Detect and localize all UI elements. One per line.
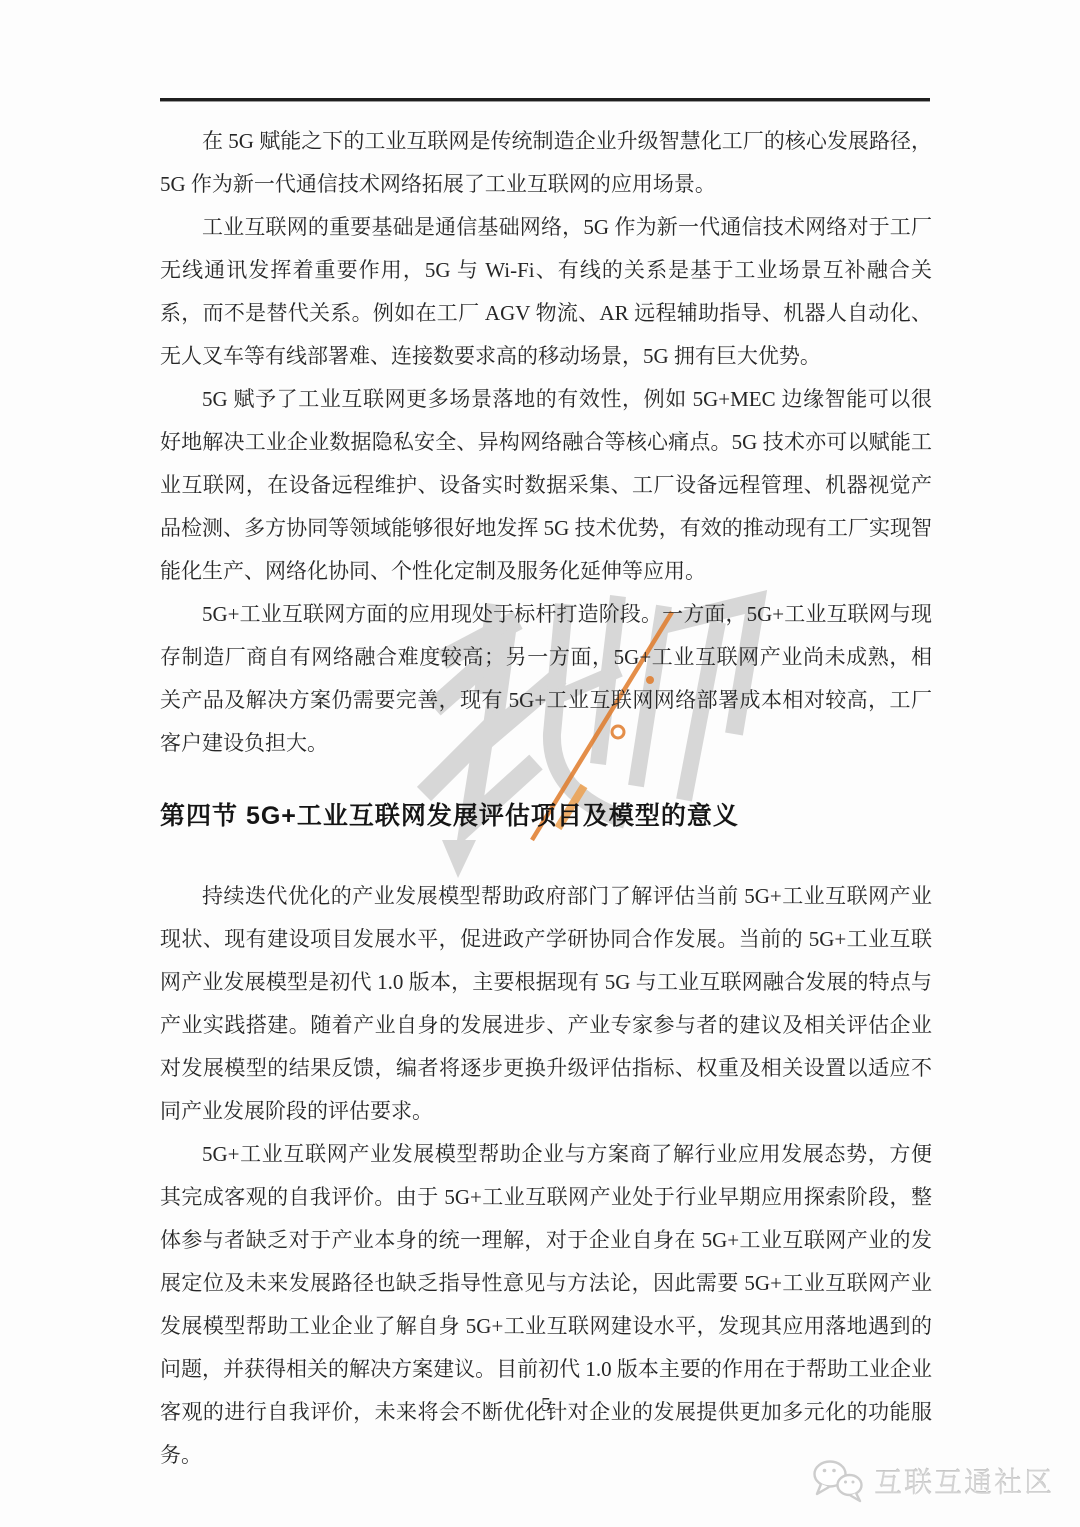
- paragraph-1: 在 5G 赋能之下的工业互联网是传统制造企业升级智慧化工厂的核心发展路径，5G …: [160, 120, 932, 206]
- paragraph-2: 工业互联网的重要基础是通信基础网络，5G 作为新一代通信技术网络对于工厂无线通讯…: [160, 206, 932, 378]
- document-page: 在 5G 赋能之下的工业互联网是传统制造企业升级智慧化工厂的核心发展路径，5G …: [0, 0, 1080, 1527]
- section-heading: 第四节 5G+工业互联网发展评估项目及模型的意义: [160, 798, 932, 834]
- header-rule: [160, 98, 930, 102]
- page-body: 在 5G 赋能之下的工业互联网是传统制造企业升级智慧化工厂的核心发展路径，5G …: [160, 120, 932, 1477]
- footer-brand-label: 互联互通社区: [874, 1461, 1054, 1501]
- paragraph-5: 持续迭代优化的产业发展模型帮助政府部门了解评估当前 5G+工业互联网产业现状、现…: [160, 875, 932, 1133]
- footer-brand: 互联互通社区: [811, 1458, 1054, 1504]
- paragraph-3: 5G 赋予了工业互联网更多场景落地的有效性，例如 5G+MEC 边缘智能可以很好…: [160, 378, 932, 593]
- wechat-bubbles-icon: [811, 1458, 865, 1504]
- paragraph-6: 5G+工业互联网产业发展模型帮助企业与方案商了解行业应用发展态势，方便其完成客观…: [160, 1133, 932, 1477]
- page-number: 5: [160, 1394, 932, 1417]
- paragraph-4: 5G+工业互联网方面的应用现处于标杆打造阶段。一方面，5G+工业互联网与现存制造…: [160, 593, 932, 765]
